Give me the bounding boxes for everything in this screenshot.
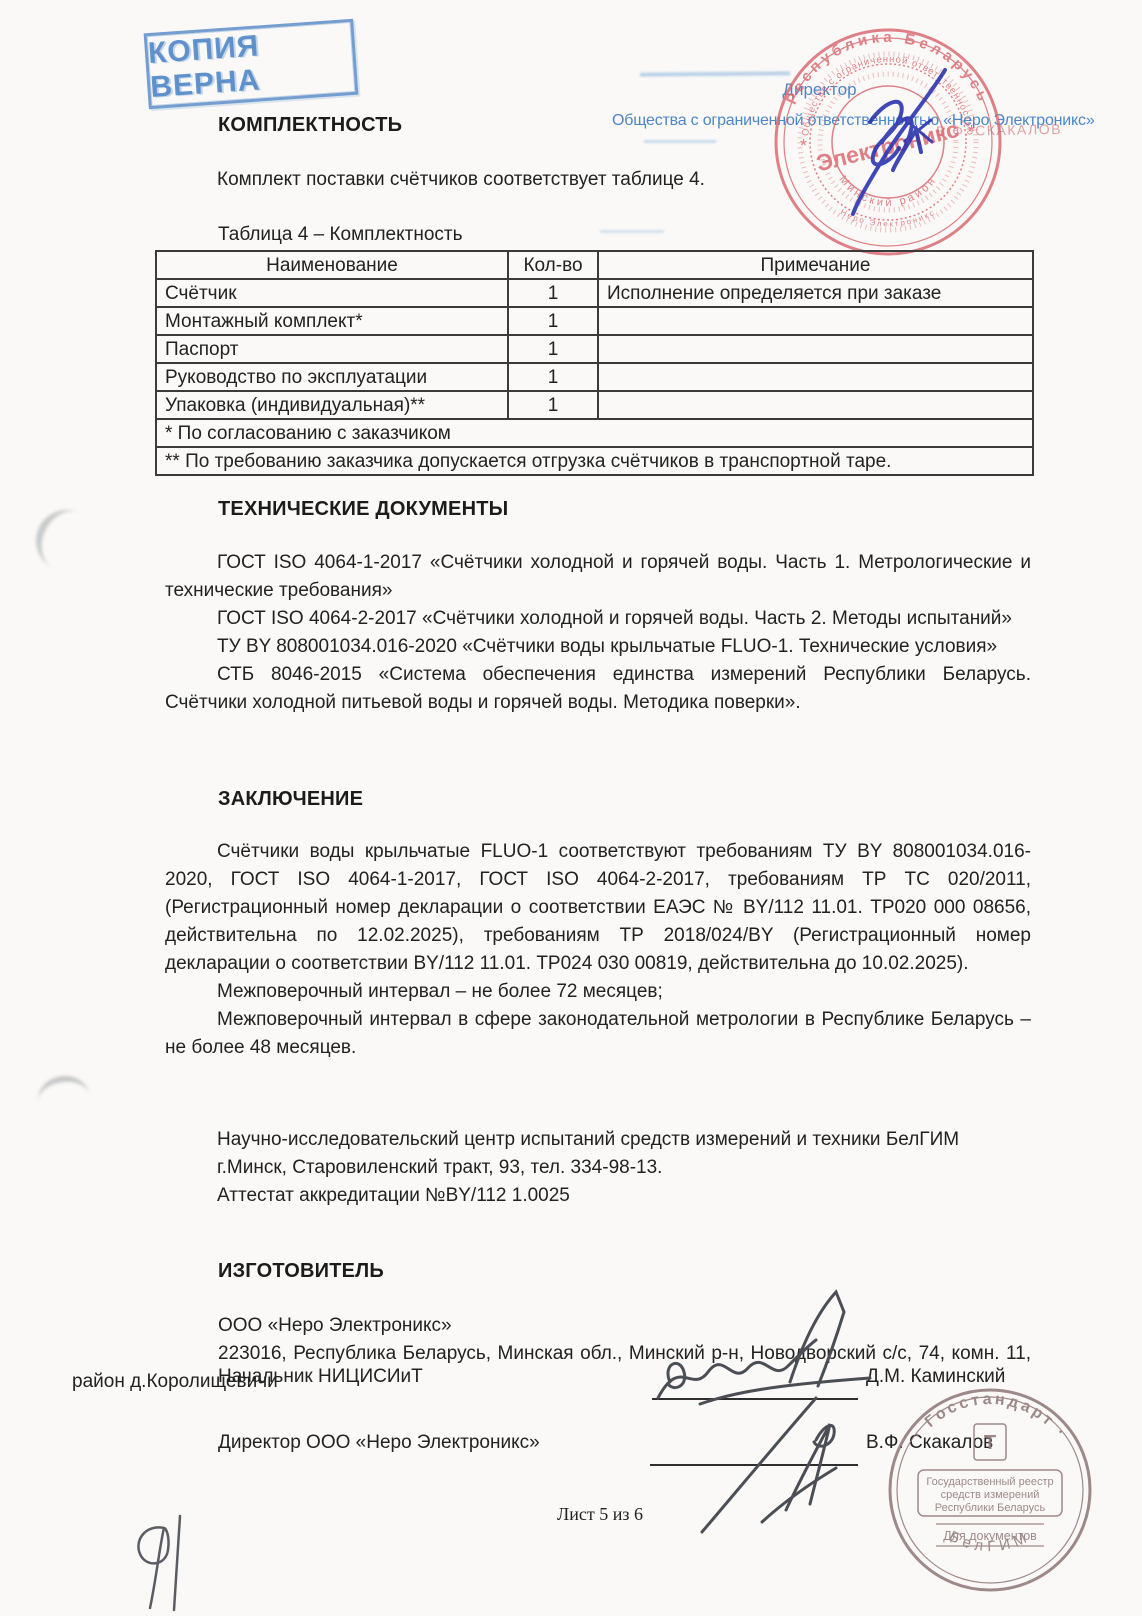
handwritten-margin-mark bbox=[116, 1510, 208, 1616]
belgim-monogram: Т bbox=[984, 1432, 996, 1454]
cell-qty: 1 bbox=[508, 279, 598, 307]
table-header-row: Наименование Кол-во Примечание bbox=[156, 251, 1033, 279]
cell-note: Исполнение определяется при заказе bbox=[598, 279, 1033, 307]
paragraph: ТУ BY 808001034.016-2020 «Счётчики воды … bbox=[165, 633, 1031, 661]
table-row: Упаковка (индивидуальная)** 1 bbox=[156, 391, 1033, 419]
table-caption: Таблица 4 – Комплектность bbox=[218, 224, 463, 246]
cell-name: Упаковка (индивидуальная)** bbox=[156, 391, 508, 419]
cell-name: Руководство по эксплуатации bbox=[156, 363, 508, 391]
cell-note bbox=[598, 307, 1033, 335]
table-row: Счётчик 1 Исполнение определяется при за… bbox=[156, 279, 1033, 307]
signature-role-1: Начальник НИЦИСИиТ bbox=[218, 1366, 423, 1388]
cell-note bbox=[598, 363, 1033, 391]
scan-smudge-artifact bbox=[35, 1073, 93, 1126]
completeness-intro: Комплект поставки счётчиков соответствуе… bbox=[165, 166, 1031, 194]
belgim-box-line: Государственный реестр bbox=[926, 1476, 1053, 1488]
paragraph: Комплект поставки счётчиков соответствуе… bbox=[165, 166, 1031, 194]
paragraph: ГОСТ ISO 4064-1-2017 «Счётчики холодной … bbox=[165, 549, 1031, 605]
paragraph: Аттестат аккредитации №BY/112 1.0025 bbox=[165, 1182, 1031, 1210]
cell-name: Паспорт bbox=[156, 335, 508, 363]
paragraph: Научно-исследовательский центр испытаний… bbox=[165, 1126, 1031, 1154]
col-header-name: Наименование bbox=[156, 251, 508, 279]
cell-qty: 1 bbox=[508, 363, 598, 391]
section-heading-manufacturer: ИЗГОТОВИТЕЛЬ bbox=[218, 1260, 384, 1283]
cell-qty: 1 bbox=[508, 391, 598, 419]
conclusion-paragraphs: Счётчики воды крыльчатые FLUO-1 соответс… bbox=[165, 838, 1031, 1210]
table-row: Руководство по эксплуатации 1 bbox=[156, 363, 1033, 391]
section-heading-documents: ТЕХНИЧЕСКИЕ ДОКУМЕНТЫ bbox=[218, 498, 508, 521]
completeness-table: Наименование Кол-во Примечание Счётчик 1… bbox=[155, 250, 1034, 476]
paragraph: СТБ 8046-2015 «Система обеспечения единс… bbox=[165, 661, 1031, 717]
table-footnote: * По согласованию с заказчиком bbox=[156, 419, 1033, 447]
cell-qty: 1 bbox=[508, 307, 598, 335]
belgim-round-stamp: · Госстандарт · Т Государственный реестр… bbox=[878, 1384, 1102, 1600]
section-heading-completeness: КОМПЛЕКТНОСТЬ bbox=[218, 114, 402, 137]
table-footnote: ** По требованию заказчика допускается о… bbox=[156, 447, 1033, 475]
signature-role-2: Директор ООО «Неро Электроникс» bbox=[218, 1432, 540, 1454]
scan-smudge-artifact bbox=[26, 500, 109, 583]
scanned-document-page: КОПИЯ ВЕРНА Директор Общества с ограниче… bbox=[0, 0, 1142, 1616]
cell-name: Счётчик bbox=[156, 279, 508, 307]
belgim-box-line: Республики Беларусь bbox=[935, 1502, 1046, 1514]
cell-qty: 1 bbox=[508, 335, 598, 363]
col-header-note: Примечание bbox=[598, 251, 1033, 279]
table-footnote-row: ** По требованию заказчика допускается о… bbox=[156, 447, 1033, 475]
belgim-box-line: средств измерений bbox=[941, 1489, 1040, 1501]
paragraph: Межповерочный интервал в сфере законодат… bbox=[165, 1006, 1031, 1062]
col-header-qty: Кол-во bbox=[508, 251, 598, 279]
paragraph: г.Минск, Старовиленский тракт, 93, тел. … bbox=[165, 1154, 1031, 1182]
page-number-label: Лист 5 из 6 bbox=[520, 1504, 680, 1525]
cell-name: Монтажный комплект* bbox=[156, 307, 508, 335]
table-footnote-row: * По согласованию с заказчиком bbox=[156, 419, 1033, 447]
handwritten-signature-2 bbox=[666, 1380, 906, 1540]
paragraph: ГОСТ ISO 4064-2-2017 «Счётчики холодной … bbox=[165, 605, 1031, 633]
cell-note bbox=[598, 335, 1033, 363]
table-row: Паспорт 1 bbox=[156, 335, 1033, 363]
section-heading-conclusion: ЗАКЛЮЧЕНИЕ bbox=[218, 788, 363, 811]
table-row: Монтажный комплект* 1 bbox=[156, 307, 1033, 335]
documents-paragraphs: ГОСТ ISO 4064-1-2017 «Счётчики холодной … bbox=[165, 549, 1031, 717]
cell-note bbox=[598, 391, 1033, 419]
paragraph: Счётчики воды крыльчатые FLUO-1 соответс… bbox=[165, 838, 1031, 978]
paragraph: Межповерочный интервал – не более 72 мес… bbox=[165, 978, 1031, 1006]
